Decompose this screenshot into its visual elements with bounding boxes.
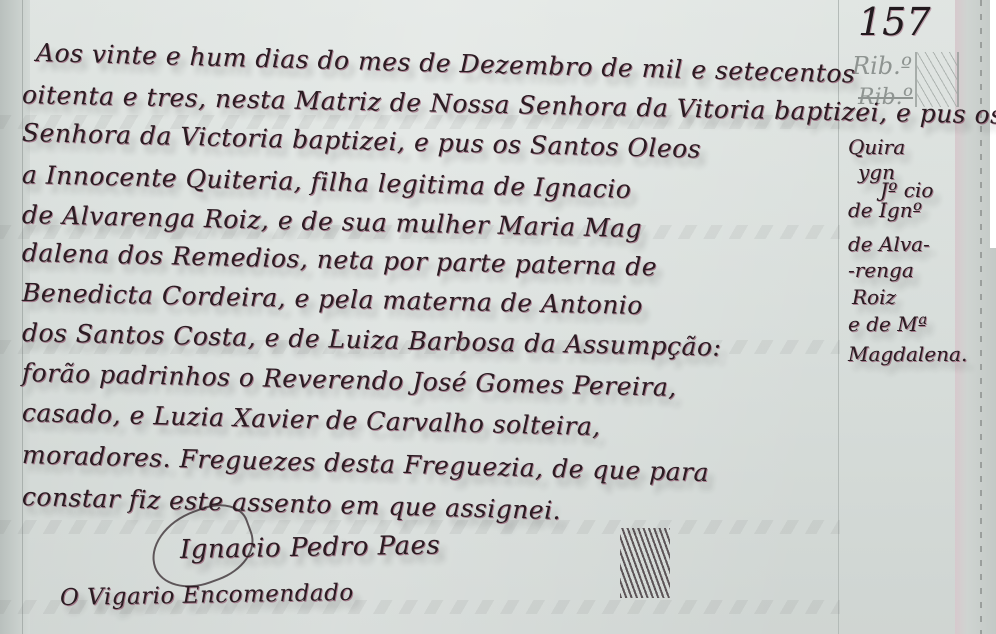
record-line: Benedicta Cordeira, e pela materna de An… <box>22 278 644 320</box>
margin-annotation-line: Quira <box>848 135 905 159</box>
record-line: forão padrinhos o Reverendo José Gomes P… <box>22 358 677 402</box>
margin-annotation-line: Roiz <box>852 285 896 309</box>
faded-pencil-note: Rib.º <box>852 52 912 80</box>
signature-line: O Vigario Encomendado <box>60 580 354 611</box>
record-line: moradores. Freguezes desta Freguezia, de… <box>22 440 710 487</box>
margin-annotation-line: e de Mª <box>848 312 927 336</box>
margin-annotation-line: de Ignº <box>848 198 922 222</box>
manuscript-page: 157 Rib.º Rib.º Quira ygn Jº cio de Ignº… <box>0 0 996 634</box>
record-line: a Innocente Quiteria, filha legitima de … <box>22 160 632 204</box>
record-line: dos Santos Costa, e de Luiza Barbosa da … <box>22 318 722 362</box>
margin-annotation-line: -renga <box>848 258 914 282</box>
signature-line: Ignacio Pedro Paes <box>180 530 441 565</box>
margin-annotation-line: de Alva- <box>848 232 930 256</box>
record-line: Aos vinte e hum dias do mes de Dezembro … <box>36 38 856 88</box>
record-line: dalena dos Remedios, neta por parte pate… <box>22 238 658 281</box>
binding-stitch-line <box>980 0 982 634</box>
margin-annotation-line: Magdalena. <box>848 342 967 366</box>
right-margin-rule <box>838 0 839 634</box>
record-line: casado, e Luzia Xavier de Carvalho solte… <box>22 398 601 441</box>
signature-scribble <box>620 528 670 598</box>
record-line: constar fiz este assento em que assignei… <box>22 482 562 525</box>
folio-number: 157 <box>858 0 931 44</box>
